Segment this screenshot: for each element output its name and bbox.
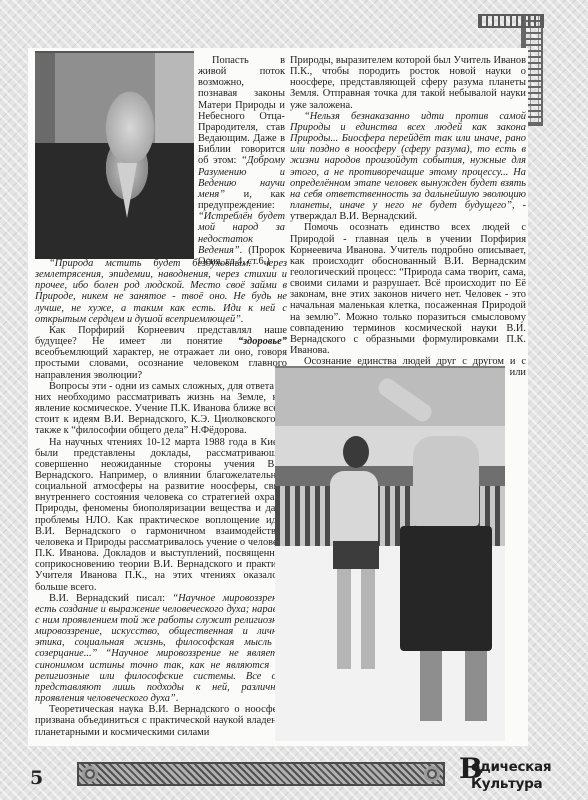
paragraph: Природы, выразителем которой был Учитель… <box>290 55 526 111</box>
text-run: Попасть в живой поток возможно, познавая… <box>198 55 285 166</box>
article-text-block: Попасть в живой поток возможно, познавая… <box>198 55 285 267</box>
text-run: “здоровье” <box>238 336 287 347</box>
text-run: Помочь осознать единство всех людей с Пр… <box>290 222 526 356</box>
paragraph: “Природа мстить будет бездуховным: через… <box>35 258 287 325</box>
ornamental-footer-band <box>77 762 445 786</box>
rosette-icon <box>424 766 440 782</box>
column-2-text: Природы, выразителем которой был Учитель… <box>290 55 526 390</box>
paragraph: Попасть в живой поток возможно, познавая… <box>198 55 285 267</box>
page-number: 5 <box>30 767 43 789</box>
paragraph: “Нельзя безнаказанно идти против самой П… <box>290 111 526 223</box>
raised-arm <box>375 375 434 424</box>
magazine-logo: В едическая Культура <box>459 757 581 795</box>
man-back <box>413 436 479 526</box>
young-man-shorts <box>333 541 379 569</box>
young-man-legs <box>337 569 375 669</box>
text-run: “Научное мировоззрение есть создание и в… <box>35 593 287 704</box>
text-run: “Природа мстить будет бездуховным: через… <box>35 258 287 325</box>
text-run: всеобъемлющий характер, не отражает ли о… <box>35 347 287 380</box>
paragraph: Помочь осознать единство всех людей с Пр… <box>290 222 526 356</box>
rosette-icon <box>82 766 98 782</box>
paragraph: Теоретическая наука В.И. Вернадского о н… <box>35 704 287 737</box>
text-run: На научных чтениях 10-12 марта 1988 года… <box>35 437 287 593</box>
man-leg <box>465 651 487 721</box>
text-run: “Нельзя безнаказанно идти против самой П… <box>290 111 526 211</box>
column-1-wrap-text: Попасть в живой поток возможно, познавая… <box>198 55 285 267</box>
logo-line-2: Культура <box>471 776 542 792</box>
text-run: В.И. Вернадский писал: <box>49 593 172 604</box>
text-run: . <box>176 693 179 704</box>
logo-line-1: едическая <box>471 759 551 775</box>
paragraph: В.И. Вернадский писал: “Научное мировозз… <box>35 593 287 705</box>
article-text-block: “Природа мстить будет бездуховным: через… <box>35 258 287 738</box>
young-man-head <box>343 436 369 468</box>
column-1-text: “Природа мстить будет бездуховным: через… <box>35 258 287 738</box>
article-text-block: Природы, выразителем которой был Учитель… <box>290 55 526 390</box>
man-leg <box>420 651 442 721</box>
paragraph: Вопросы эти - одни из самых сложных, для… <box>35 381 287 437</box>
paragraph: Как Порфирий Корнеевич представлял наше … <box>35 325 287 381</box>
portrait-shirt-detail <box>117 163 137 218</box>
man-shorts <box>400 526 492 651</box>
winter-dousing-photo <box>275 366 505 741</box>
paragraph: На научных чтениях 10-12 марта 1988 года… <box>35 437 287 593</box>
portrait-photo <box>35 51 194 259</box>
text-run: Природы, выразителем которой был Учитель… <box>290 55 526 111</box>
young-man-body <box>330 471 378 546</box>
text-run: Вопросы эти - одни из самых сложных, для… <box>35 381 287 437</box>
text-run: Теоретическая наука В.И. Вернадского о н… <box>35 704 287 737</box>
